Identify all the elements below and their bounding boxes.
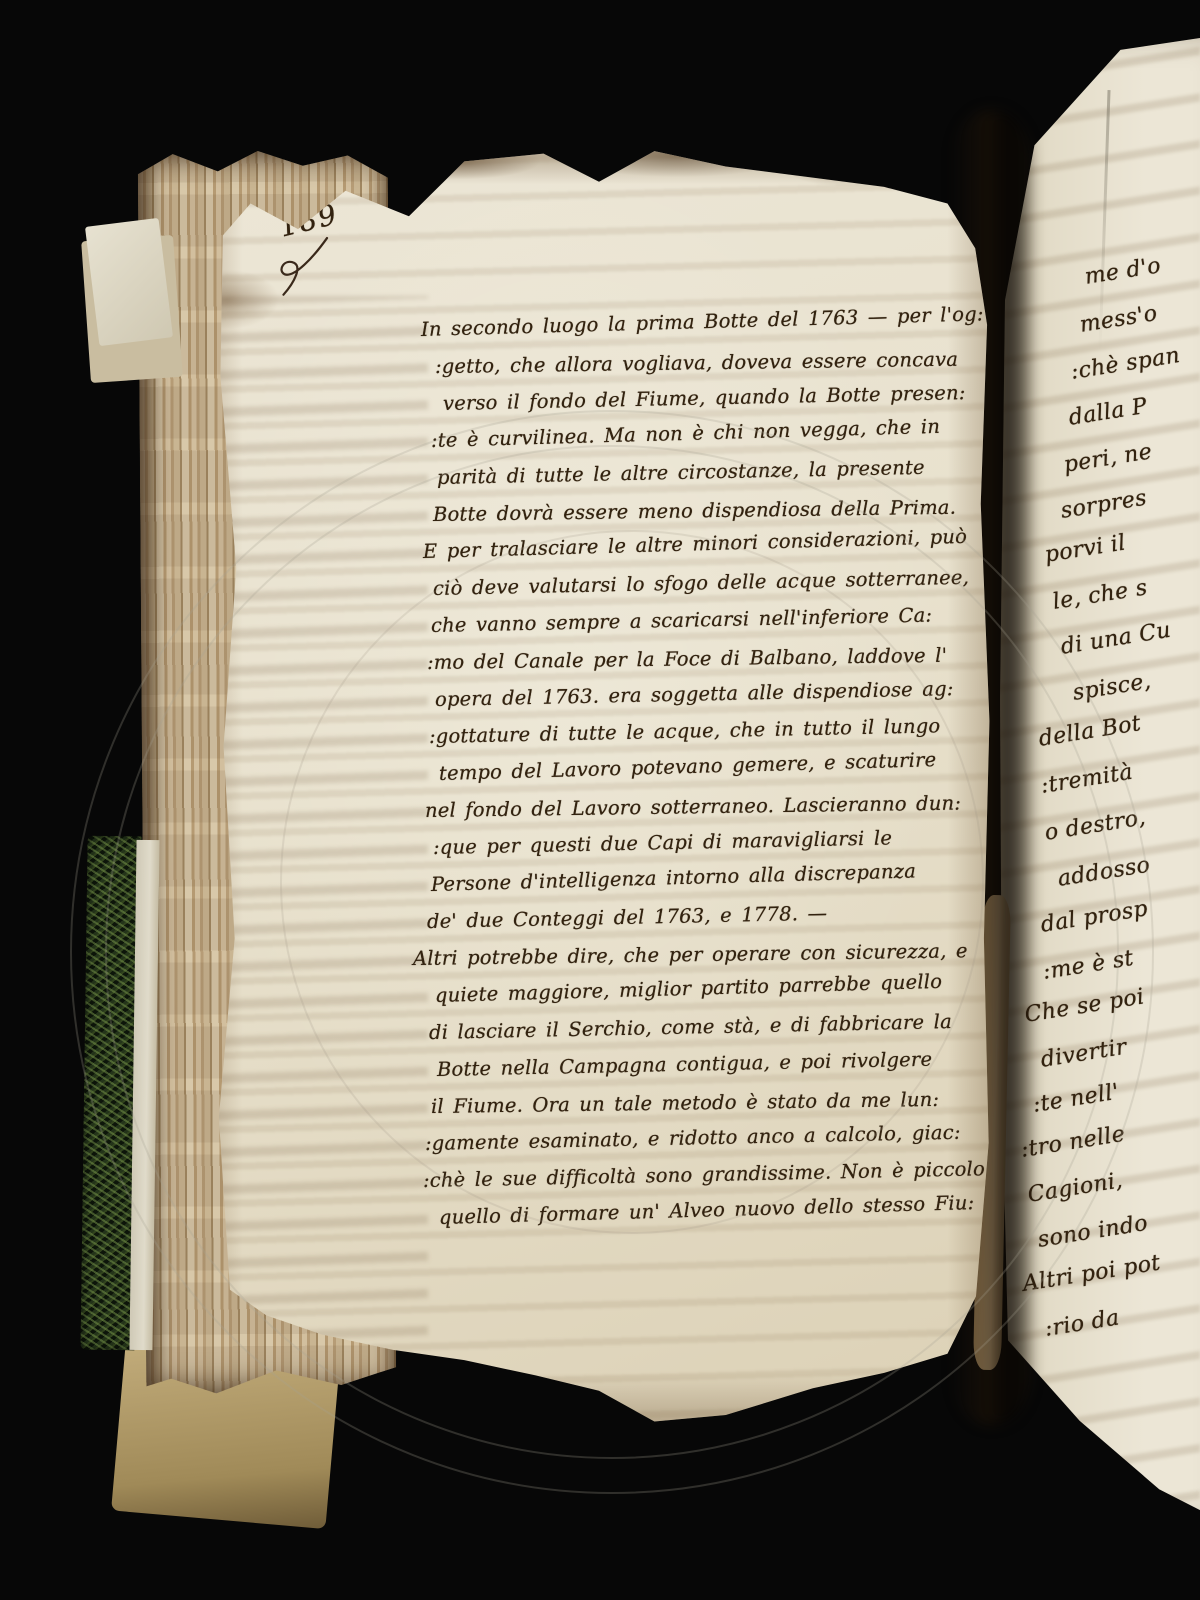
handwriting-block: In secondo luogo la prima Botte del 1763… [421,311,981,1236]
left-margin-bleed-through [213,296,428,1386]
page-number-flourish [269,233,347,302]
left-page: 189 In secondo luogo la prima Botte del … [203,146,995,1424]
manuscript-book-photo: me d'o mess'o :chè span dalla P peri, ne… [0,0,1200,1600]
corner-endpaper [85,218,173,346]
